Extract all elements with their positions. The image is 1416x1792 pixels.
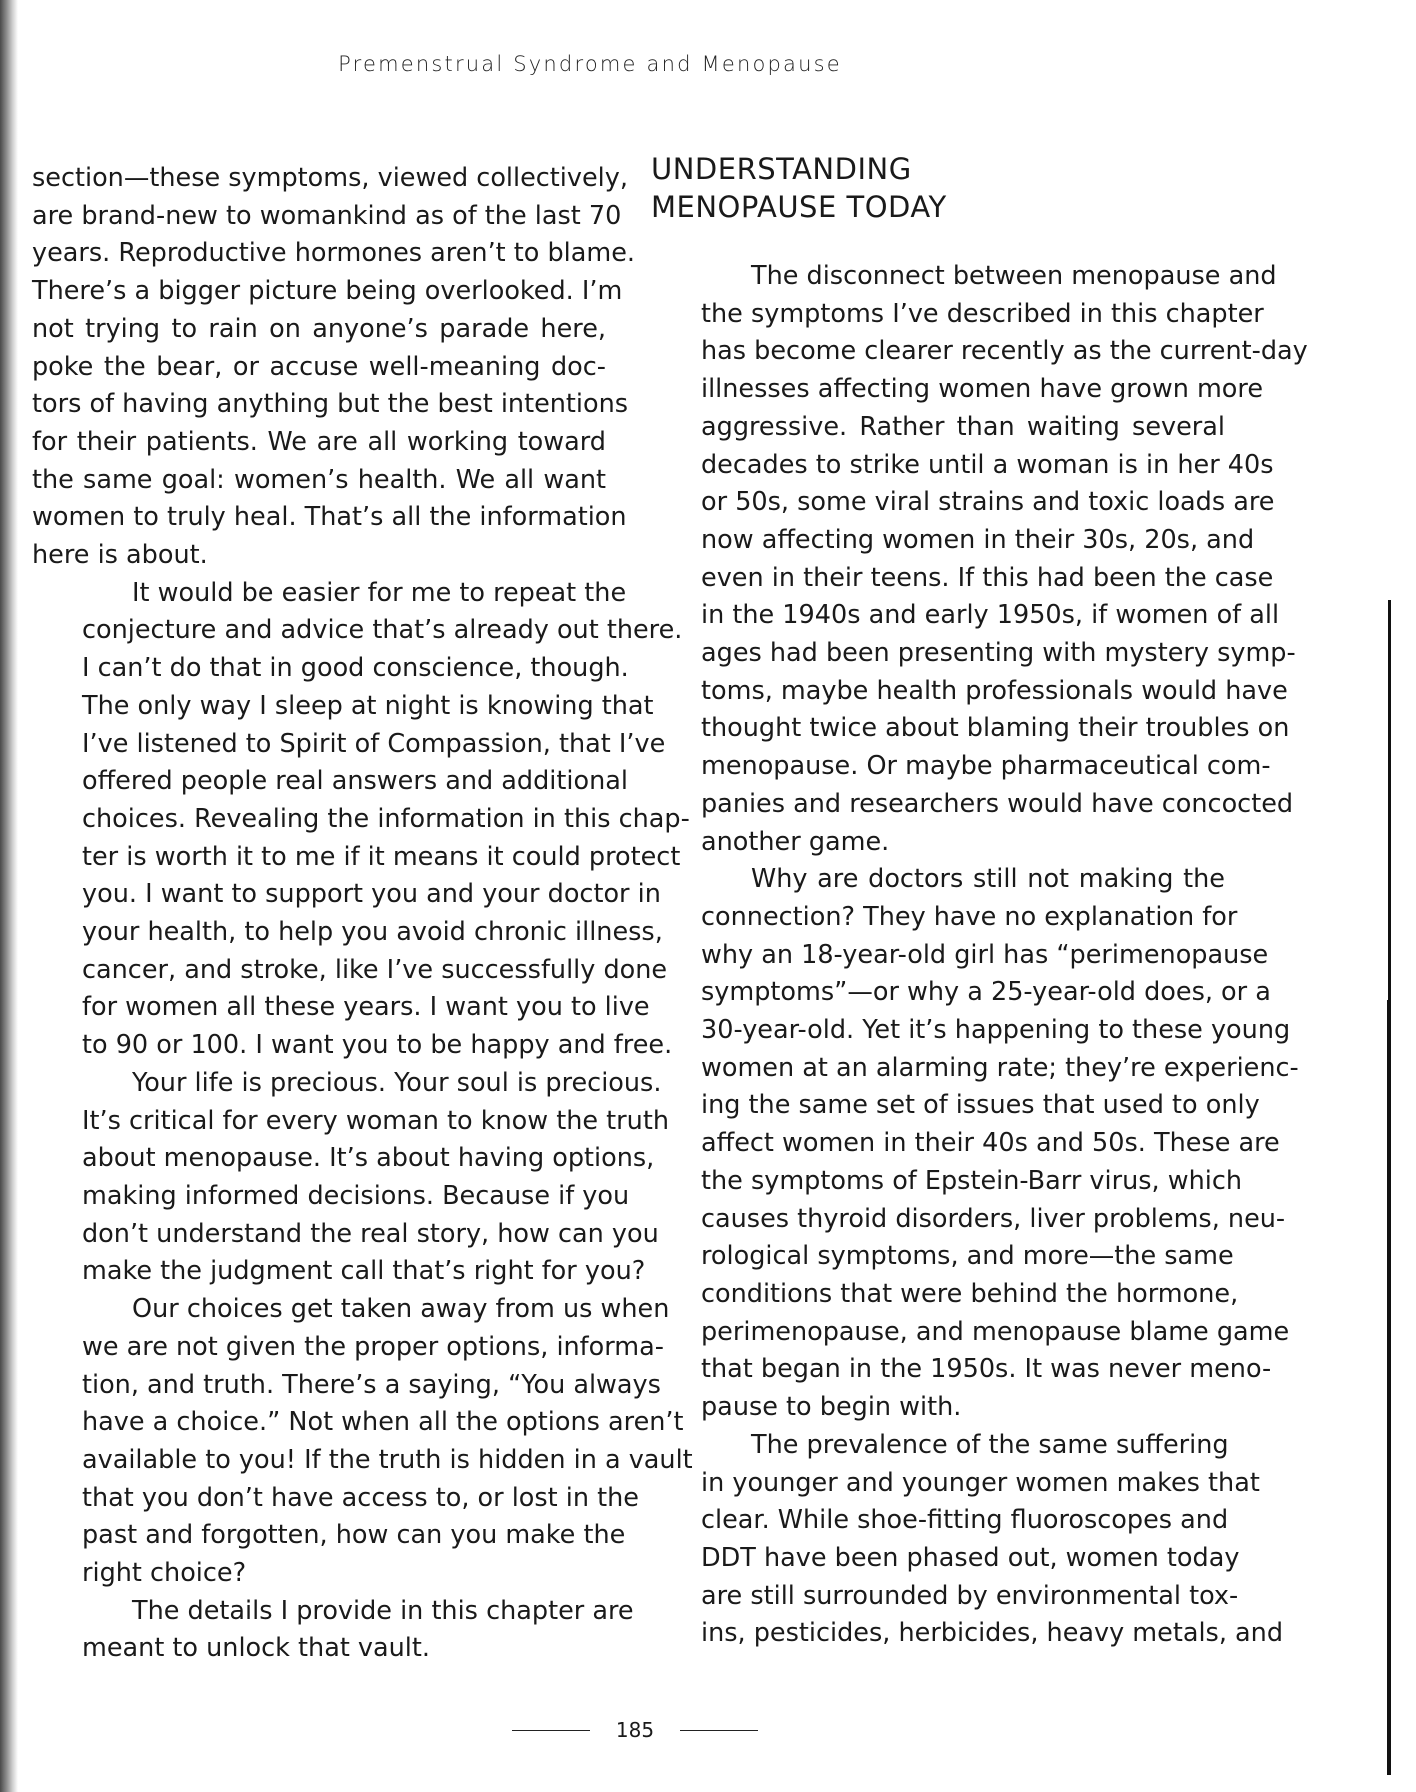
text-line: The prevalence of the same suffering [651,1427,1225,1465]
text-line: now affecting women in their 30s, 20s, a… [651,522,1225,560]
text-line: causes thyroid disorders, liver problems… [651,1201,1225,1239]
text-line: the same goal: women’s health. We all wa… [32,462,606,500]
text-line: another game. [651,824,1225,862]
text-line: make the judgment call that’s right for … [32,1253,606,1291]
text-line: It’s critical for every woman to know th… [32,1103,606,1141]
text-line: I can’t do that in good conscience, thou… [32,650,606,688]
paragraph: Why are doctors still not making theconn… [651,861,1225,1427]
text-line: why an 18-year-old girl has “perimenopau… [651,937,1225,975]
text-line: have a choice.” Not when all the options… [32,1404,606,1442]
text-line: thought twice about blaming their troubl… [651,710,1225,748]
paragraph: section—these symptoms, viewed collectiv… [32,160,606,575]
paragraph: It would be easier for me to repeat thec… [32,575,606,1065]
text-line: years. Reproductive hormones aren’t to b… [32,235,606,273]
text-line: conditions that were behind the hormone, [651,1276,1225,1314]
text-line: not trying to rain on anyone’s parade he… [32,311,606,349]
text-line: affect women in their 40s and 50s. These… [651,1125,1225,1163]
paragraph: Your life is precious. Your soul is prec… [32,1065,606,1291]
text-line: here is about. [32,537,606,575]
text-line: ter is worth it to me if it means it cou… [32,839,606,877]
section-heading-line-1: UNDERSTANDING [651,150,1225,188]
text-line: women to truly heal. That’s all the info… [32,499,606,537]
text-line: The details I provide in this chapter ar… [32,1593,606,1631]
text-line: are brand-new to womankind as of the las… [32,198,606,236]
text-line: tion, and truth. There’s a saying, “You … [32,1367,606,1405]
text-line: There’s a bigger picture being overlooke… [32,273,606,311]
right-column: UNDERSTANDING MENOPAUSE TODAY The discon… [651,160,1225,1653]
text-line: ins, pesticides, herbicides, heavy metal… [651,1615,1225,1653]
text-line: tors of having anything but the best int… [32,386,606,424]
paragraph: The disconnect between menopause andthe … [651,258,1225,861]
text-line: decades to strike until a woman is in he… [651,447,1225,485]
text-line: menopause. Or maybe pharmaceutical com- [651,748,1225,786]
text-line: Our choices get taken away from us when [32,1291,606,1329]
text-line: the symptoms of Epstein-Barr virus, whic… [651,1163,1225,1201]
text-line: don’t understand the real story, how can… [32,1216,606,1254]
text-line: right choice? [32,1555,606,1593]
paragraph: The details I provide in this chapter ar… [32,1593,606,1668]
text-line: to 90 or 100. I want you to be happy and… [32,1027,606,1065]
running-head-text: Premenstrual Syndrome and Menopause [338,52,842,76]
page-number: 185 [616,1718,654,1742]
text-line: rological symptoms, and more—the same [651,1238,1225,1276]
text-line: The only way I sleep at night is knowing… [32,688,606,726]
text-line: DDT have been phased out, women today [651,1540,1225,1578]
text-line: available to you! If the truth is hidden… [32,1442,606,1480]
text-line: are still surrounded by environmental to… [651,1578,1225,1616]
text-line: in the 1940s and early 1950s, if women o… [651,597,1225,635]
text-line: the symptoms I’ve described in this chap… [651,296,1225,334]
section-heading: UNDERSTANDING MENOPAUSE TODAY [651,150,1225,226]
text-line: women at an alarming rate; they’re exper… [651,1050,1225,1088]
text-line: section—these symptoms, viewed collectiv… [32,160,606,198]
text-line: for their patients. We are all working t… [32,424,606,462]
text-line: perimenopause, and menopause blame game [651,1314,1225,1352]
footer-rule-left [512,1730,590,1731]
paragraph: Our choices get taken away from us whenw… [32,1291,606,1593]
text-line: The disconnect between menopause and [651,258,1225,296]
running-head: Premenstrual Syndrome and Menopause [0,52,1416,76]
text-line: past and forgotten, how can you make the [32,1517,606,1555]
text-line: we are not given the proper options, inf… [32,1329,606,1367]
text-line: ing the same set of issues that used to … [651,1087,1225,1125]
text-line: has become clearer recently as the curre… [651,333,1225,371]
text-line: Your life is precious. Your soul is prec… [32,1065,606,1103]
text-line: 30-year-old. Yet it’s happening to these… [651,1012,1225,1050]
text-line: meant to unlock that vault. [32,1630,606,1668]
text-line: in younger and younger women makes that [651,1465,1225,1503]
text-line: offered people real answers and addition… [32,763,606,801]
footer-rule-right [680,1730,758,1731]
section-heading-line-2: MENOPAUSE TODAY [651,188,1225,226]
text-line: even in their teens. If this had been th… [651,560,1225,598]
text-line: you. I want to support you and your doct… [32,876,606,914]
page-edge-right-thick [1387,1000,1391,1775]
text-line: that began in the 1950s. It was never me… [651,1351,1225,1389]
text-line: symptoms”—or why a 25-year-old does, or … [651,974,1225,1012]
paragraph: The prevalence of the same sufferingin y… [651,1427,1225,1653]
text-line: aggressive. Rather than waiting several [651,409,1225,447]
text-line: that you don’t have access to, or lost i… [32,1480,606,1518]
text-line: or 50s, some viral strains and toxic loa… [651,484,1225,522]
text-line: making informed decisions. Because if yo… [32,1178,606,1216]
text-line: cancer, and stroke, like I’ve successful… [32,952,606,990]
text-line: about menopause. It’s about having optio… [32,1140,606,1178]
text-line: for women all these years. I want you to… [32,989,606,1027]
text-line: Why are doctors still not making the [651,861,1225,899]
text-line: It would be easier for me to repeat the [32,575,606,613]
text-line: clear. While shoe-fitting fluoroscopes a… [651,1502,1225,1540]
text-line: poke the bear, or accuse well-meaning do… [32,349,606,387]
text-line: conjecture and advice that’s already out… [32,612,606,650]
text-line: illnesses affecting women have grown mor… [651,371,1225,409]
text-line: connection? They have no explanation for [651,899,1225,937]
text-line: I’ve listened to Spirit of Compassion, t… [32,726,606,764]
text-line: choices. Revealing the information in th… [32,801,606,839]
text-line: toms, maybe health professionals would h… [651,673,1225,711]
text-line: pause to begin with. [651,1389,1225,1427]
text-line: panies and researchers would have concoc… [651,786,1225,824]
scan-shadow-left [0,0,18,1792]
text-line: your health, to help you avoid chronic i… [32,914,606,952]
left-column: section—these symptoms, viewed collectiv… [32,160,606,1668]
text-line: ages had been presenting with mystery sy… [651,635,1225,673]
page-footer: 185 [512,1715,758,1745]
